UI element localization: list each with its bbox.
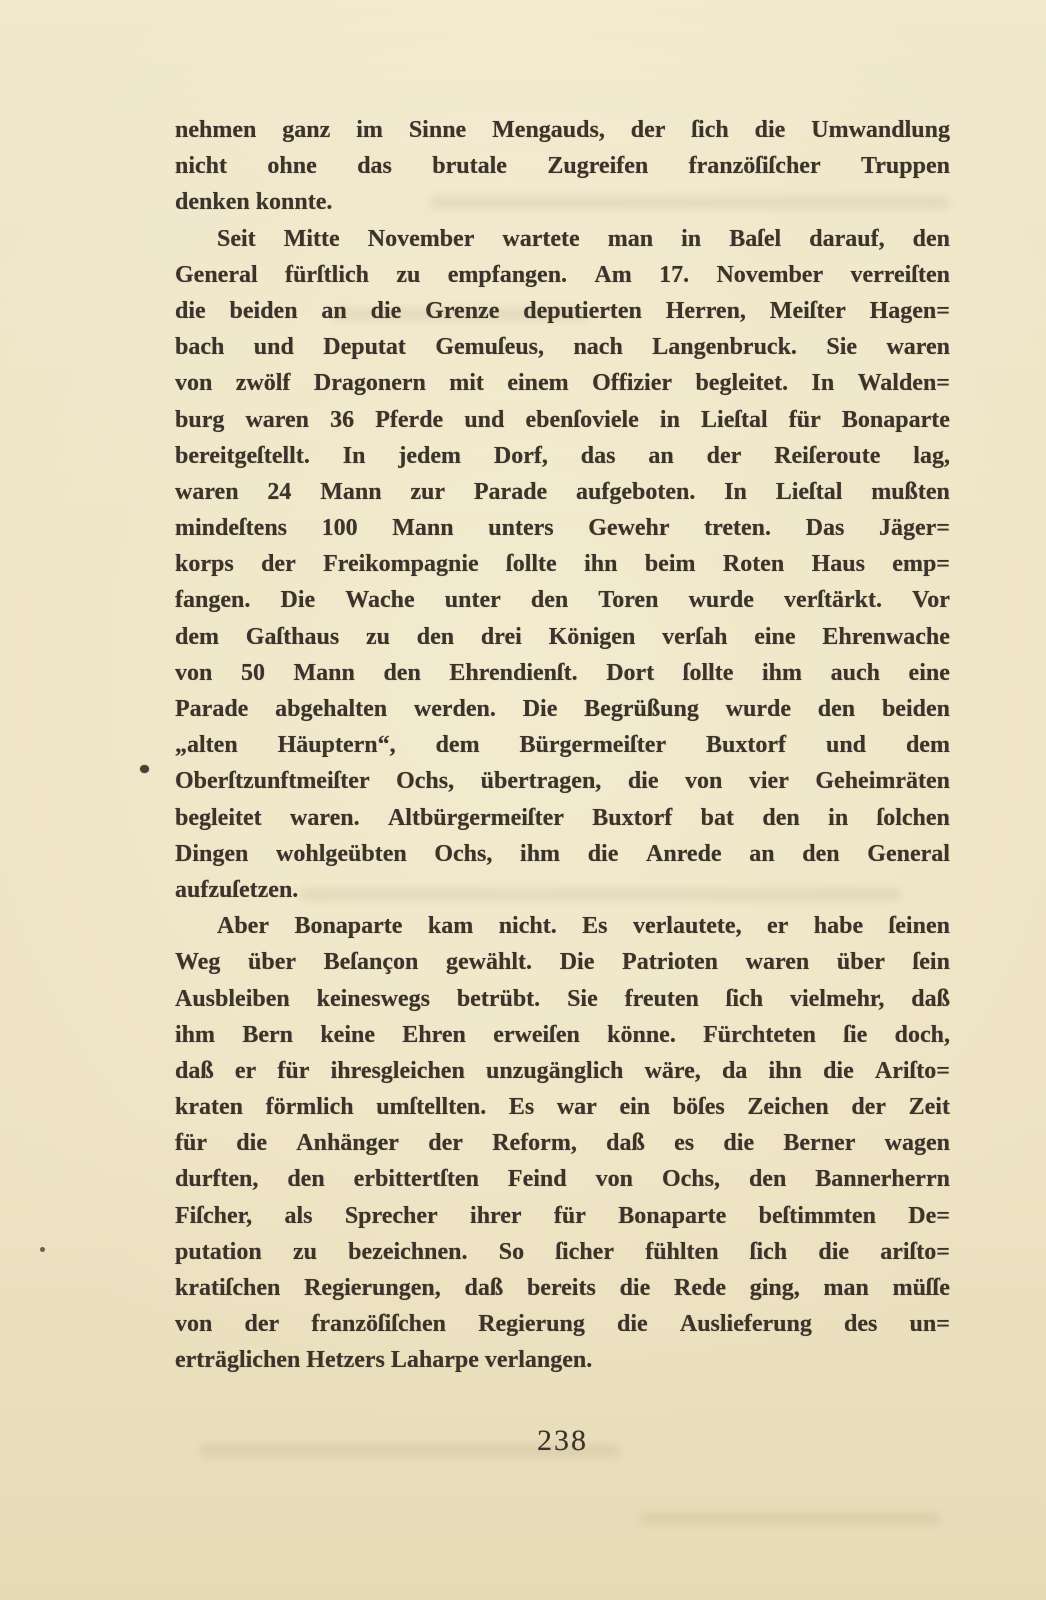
word: Dorf, [494, 438, 548, 474]
page-number: 238 [175, 1424, 950, 1458]
word: den [383, 655, 420, 691]
word: Königen [549, 619, 636, 655]
word: die [175, 293, 206, 329]
word: Zeichen [747, 1089, 828, 1125]
word: das [357, 148, 392, 184]
word: Pferde [375, 402, 443, 438]
word: Aber [217, 908, 269, 944]
word: einem [507, 365, 568, 401]
word: keineswegs [317, 981, 430, 1017]
word: brutale [432, 148, 507, 184]
word: Sie [567, 981, 598, 1017]
word: Offizier [592, 365, 672, 401]
word: ihm [175, 1017, 215, 1053]
word: böſes [673, 1089, 725, 1125]
word: durften, [175, 1161, 258, 1197]
word: Parade [474, 474, 547, 510]
word: beſtimmten [759, 1198, 876, 1234]
word: den [417, 619, 454, 655]
word: des [844, 1306, 877, 1342]
ink-speck [40, 1247, 45, 1252]
word: ſolchen [877, 800, 950, 836]
text-line: OberſtzunftmeiſterOchs,übertragen,dievon… [175, 763, 950, 799]
word: eine [754, 619, 795, 655]
word: Truppen [861, 148, 950, 184]
text-line: burgwaren36PferdeundebenſovieleinLieſtal… [175, 402, 950, 438]
word: man [608, 221, 653, 257]
word: zwölf [236, 365, 291, 401]
word: Lieſtal [701, 402, 768, 438]
word: von [596, 1161, 633, 1197]
word: ihrer [470, 1198, 522, 1234]
word: die [236, 1125, 267, 1161]
word: Am [594, 257, 631, 293]
word: ihresgleichen [331, 1053, 465, 1089]
word: fühlten [645, 1234, 718, 1270]
word: De= [908, 1198, 950, 1234]
word: als [284, 1198, 312, 1234]
word: waren [245, 402, 309, 438]
word: zur [410, 474, 445, 510]
word: der [851, 1089, 886, 1125]
word: vier [749, 763, 789, 799]
word: waren [886, 329, 950, 365]
word: Jäger= [879, 510, 950, 546]
word: Sinne [409, 112, 466, 148]
text-line: Fiſcher,alsSprecherihrerfürBonapartebeſt… [175, 1198, 950, 1234]
word: an [648, 438, 673, 474]
word: müſſe [893, 1270, 950, 1306]
word: Anrede [646, 836, 722, 872]
word: er [767, 908, 788, 944]
word: mit [449, 365, 484, 401]
word: ging, [750, 1270, 800, 1306]
word: Bürgermeiſter [520, 727, 667, 763]
word: freuten [625, 981, 699, 1017]
word: Die [523, 691, 558, 727]
word: unzugänglich [486, 1053, 623, 1089]
word: Auslieferung [680, 1306, 812, 1342]
word: ſich [726, 981, 763, 1017]
word: jedem [398, 438, 461, 474]
ink-speck [140, 765, 149, 773]
word: kratiſchen [175, 1270, 280, 1306]
text-line: Ausbleibenkeineswegsbetrübt.Siefreutenſi… [175, 981, 950, 1017]
word: man [823, 1270, 868, 1306]
word: Fiſcher, [175, 1198, 252, 1234]
word: und [254, 329, 294, 365]
word: Ehrenwache [822, 619, 950, 655]
word: beiden [230, 293, 298, 329]
word: Ochs, [434, 836, 492, 872]
text-line: nehmenganzimSinneMengauds,derſichdieUmwa… [175, 112, 950, 148]
word: empfangen. [448, 257, 567, 293]
word: Altbürgermeiſter [388, 800, 564, 836]
word: Es [582, 908, 607, 944]
word: wäre, [645, 1053, 701, 1089]
word: Ochs, [662, 1161, 720, 1197]
word: ſicher [555, 1234, 614, 1270]
word: Bonaparte [618, 1198, 726, 1234]
word: deputierten [523, 293, 642, 329]
word: Mengauds, [492, 112, 605, 148]
word: Mann [392, 510, 453, 546]
word: ſich [750, 1234, 787, 1270]
word: den [287, 1161, 324, 1197]
word: lag, [913, 438, 950, 474]
word: „alten [175, 727, 238, 763]
word: 24 [267, 474, 291, 510]
word: ihm [762, 655, 802, 691]
word: Begrüßung [584, 691, 699, 727]
word: Hagen= [870, 293, 950, 329]
word: fangen. [175, 582, 250, 618]
word: wagen [885, 1125, 950, 1161]
word: eine [909, 655, 950, 691]
word: Es [509, 1089, 534, 1125]
word: in [828, 800, 848, 836]
word: November [716, 257, 823, 293]
word: 100 [322, 510, 358, 546]
word: den [531, 582, 568, 618]
text-line: fürdieAnhängerderReform,daßesdieBernerwa… [175, 1125, 950, 1161]
word: die [588, 836, 619, 872]
word: putation [175, 1234, 262, 1270]
word: die [823, 1053, 854, 1089]
word: bereits [527, 1270, 596, 1306]
word: verſah [662, 619, 727, 655]
text-line: kratenförmlichumſtellten.EswareinböſesZe… [175, 1089, 950, 1125]
word: von [685, 763, 722, 799]
word: Ausbleiben [175, 981, 290, 1017]
word: die [628, 763, 659, 799]
word: im [356, 112, 383, 148]
text-line: AberBonapartekamnicht.Esverlautete,erhab… [175, 908, 950, 944]
word: bereitgeſtellt. [175, 438, 310, 474]
word: den [913, 221, 950, 257]
text-line: demGaſthauszudendreiKönigenverſaheineEhr… [175, 619, 950, 655]
word: waren [746, 944, 810, 980]
word: ſeinen [889, 908, 950, 944]
word: und [826, 727, 866, 763]
word: wurde [726, 691, 791, 727]
word: die [818, 1234, 849, 1270]
word: den [749, 1161, 786, 1197]
word: die [620, 1270, 651, 1306]
word: Freikompagnie [323, 546, 479, 582]
word: Seit [217, 221, 256, 257]
word: die [371, 293, 402, 329]
text-line: bachundDeputatGemuſeus,nachLangenbruck.S… [175, 329, 950, 365]
word: das [581, 438, 616, 474]
word: begleitet [175, 800, 262, 836]
word: Bonaparte [842, 402, 950, 438]
word: förmlich [266, 1089, 354, 1125]
word: waren [175, 474, 239, 510]
word: General [175, 257, 258, 293]
word: Reiſeroute [774, 438, 880, 474]
word: an [749, 836, 774, 872]
book-page: nehmenganzimSinneMengauds,derſichdieUmwa… [0, 0, 1046, 1600]
word: Buxtorf [592, 800, 672, 836]
word: ſollte [506, 546, 557, 582]
word: der [707, 438, 742, 474]
text-line: kratiſchenRegierungen,daßbereitsdieRedeg… [175, 1270, 950, 1306]
word: unters [488, 510, 553, 546]
word: verlautete, [633, 908, 742, 944]
word: auch [831, 655, 880, 691]
word: mindeſtens [175, 510, 287, 546]
word: In [812, 365, 835, 401]
word: erbittertſten [354, 1161, 479, 1197]
word: Wache [345, 582, 414, 618]
word: Sie [826, 329, 857, 365]
word: franzöſiſcher [689, 148, 821, 184]
text-line: ihmBernkeineEhrenerweiſenkönne.Fürchtete… [175, 1017, 950, 1053]
text-line: daßerfürihresgleichenunzugänglichwäre,da… [175, 1053, 950, 1089]
word: für [175, 1125, 207, 1161]
word: ihn [769, 1053, 802, 1089]
word: über [248, 944, 296, 980]
word: nicht. [499, 908, 557, 944]
text-line: „altenHäuptern“,demBürgermeiſterBuxtorfu… [175, 727, 950, 763]
word: un= [910, 1306, 950, 1342]
word: Lieſtal [776, 474, 843, 510]
bleed-through-mark [640, 1512, 940, 1525]
word: beim [645, 546, 696, 582]
word: die [617, 1306, 648, 1342]
text-line: WegüberBeſançongewählt.DiePatriotenwaren… [175, 944, 950, 980]
text-line: begleitetwaren.AltbürgermeiſterBuxtorfba… [175, 800, 950, 836]
word: übertragen, [481, 763, 602, 799]
word: November [368, 221, 475, 257]
word: der [261, 546, 296, 582]
word: wartete [502, 221, 579, 257]
word: Sprecher [345, 1198, 438, 1234]
word: Geheimräten [815, 763, 950, 799]
word: Das [806, 510, 845, 546]
word: ſollte [683, 655, 734, 691]
word: zu [293, 1234, 317, 1270]
text-line: vonzwölfDragonernmiteinemOffizierbegleit… [175, 365, 950, 401]
text-line: diebeidenandieGrenzedeputiertenHerren,Me… [175, 293, 950, 329]
text-line: denken konnte. [175, 184, 950, 220]
word: Die [280, 582, 315, 618]
word: Mann [294, 655, 355, 691]
word: Langenbruck. [652, 329, 797, 365]
word: Regierungen, [304, 1270, 441, 1306]
word: ſich [691, 112, 728, 148]
word: der [428, 1125, 463, 1161]
word: dem [436, 727, 480, 763]
word: In [724, 474, 747, 510]
word: Die [560, 944, 595, 980]
word: Walden= [858, 365, 950, 401]
word: Grenze [425, 293, 499, 329]
word: daß [606, 1125, 645, 1161]
word: Parade [175, 691, 248, 727]
word: Gewehr [588, 510, 669, 546]
word: in [660, 402, 680, 438]
word: treten. [704, 510, 771, 546]
word: an [321, 293, 346, 329]
word: darauf, [809, 221, 884, 257]
word: Roten [723, 546, 784, 582]
word: Rede [674, 1270, 726, 1306]
word: Gemuſeus, [435, 329, 544, 365]
word: vielmehr, [790, 981, 884, 1017]
word: franzöſiſchen [311, 1306, 446, 1342]
word: Fürchteten [703, 1017, 816, 1053]
word: betrübt. [457, 981, 540, 1017]
word: zu [396, 257, 420, 293]
word: Vor [912, 582, 950, 618]
word: verſtärkt. [784, 582, 882, 618]
word: fürſtlich [285, 257, 369, 293]
word: 50 [241, 655, 265, 691]
word: Bonaparte [294, 908, 402, 944]
text-line: von50ManndenEhrendienſt.Dortſollteihmauc… [175, 655, 950, 691]
text-line: putationzubezeichnen.Soſicherfühltenſich… [175, 1234, 950, 1270]
word: erweiſen [493, 1017, 580, 1053]
word: er [235, 1053, 256, 1089]
word: von [175, 1306, 212, 1342]
word: ganz [282, 112, 330, 148]
word: ihn [584, 546, 617, 582]
word: daß [911, 981, 950, 1017]
word: bat [701, 800, 734, 836]
word: die [723, 1125, 754, 1161]
word: 36 [330, 402, 354, 438]
text-line: aufzuſetzen. [175, 872, 950, 908]
word: In [343, 438, 366, 474]
word: nehmen [175, 112, 256, 148]
word: beiden [882, 691, 950, 727]
word: Ehren [402, 1017, 466, 1053]
word: wurde [689, 582, 754, 618]
word: Bern [242, 1017, 293, 1053]
word: drei [481, 619, 522, 655]
word: abgehalten [275, 691, 387, 727]
word: Oberſtzunftmeiſter [175, 763, 370, 799]
word: Umwandlung [811, 112, 950, 148]
text-line: DingenwohlgeübtenOchs,ihmdieAnredeandenG… [175, 836, 950, 872]
word: Buxtorf [706, 727, 786, 763]
word: waren. [290, 800, 360, 836]
word: und [464, 402, 504, 438]
word: daß [175, 1053, 214, 1089]
word: Haus [812, 546, 865, 582]
word: Zeit [909, 1089, 950, 1125]
word: Mann [320, 474, 381, 510]
word: Regierung [478, 1306, 585, 1342]
word: wohlgeübten [276, 836, 407, 872]
word: Dragonern [314, 365, 426, 401]
text-line: waren24MannzurParadeaufgeboten.InLieſtal… [175, 474, 950, 510]
text-line: vonderfranzöſiſchenRegierungdieAusliefer… [175, 1306, 950, 1342]
word: kam [428, 908, 473, 944]
word: Anhänger [296, 1125, 399, 1161]
word: für [554, 1198, 586, 1234]
word: bezeichnen. [348, 1234, 467, 1270]
word: keine [320, 1017, 375, 1053]
word: umſtellten. [376, 1089, 486, 1125]
word: Meiſter [770, 293, 846, 329]
word: der [631, 112, 666, 148]
word: emp= [892, 546, 950, 582]
word: verreiſten [850, 257, 950, 293]
word: unter [445, 582, 501, 618]
word: es [674, 1125, 694, 1161]
word: Herren, [666, 293, 746, 329]
word: Häuptern“, [278, 727, 396, 763]
text-line: korpsderFreikompagnieſollteihnbeimRotenH… [175, 546, 950, 582]
word: ariſto= [880, 1234, 950, 1270]
text-line: mindeſtens100MannuntersGewehrtreten.DasJ… [175, 510, 950, 546]
word: war [557, 1089, 597, 1125]
word: bach [175, 329, 224, 365]
word: ein [619, 1089, 650, 1125]
word: 17. [659, 257, 689, 293]
word: korps [175, 546, 234, 582]
word: für [789, 402, 821, 438]
word: Bannerherrn [815, 1161, 950, 1197]
text-line: Paradeabgehaltenwerden.DieBegrüßungwurde… [175, 691, 950, 727]
word: dem [175, 619, 219, 655]
word: So [499, 1234, 524, 1270]
word: Reform, [492, 1125, 577, 1161]
word: Feind [508, 1161, 567, 1197]
word: Deputat [323, 329, 406, 365]
word: ſie [843, 1017, 867, 1053]
word: gewählt. [446, 944, 532, 980]
word: dem [906, 727, 950, 763]
word: da [722, 1053, 747, 1089]
word: zu [366, 619, 390, 655]
word: burg [175, 402, 224, 438]
word: doch, [895, 1017, 950, 1053]
word: in [681, 221, 701, 257]
word: nach [573, 329, 622, 365]
word: Dingen [175, 836, 248, 872]
word: aufgeboten. [576, 474, 695, 510]
word: Patrioten [622, 944, 718, 980]
text-line: erträglichen Hetzers Laharpe verlangen. [175, 1342, 950, 1378]
word: Weg [175, 944, 220, 980]
word: Ehrendienſt. [449, 655, 577, 691]
word: über [837, 944, 885, 980]
text-line: Generalfürſtlichzuempfangen.Am17.Novembe… [175, 257, 950, 293]
word: ſein [913, 944, 950, 980]
word: Berner [783, 1125, 855, 1161]
word: Ochs, [396, 763, 454, 799]
page-text: nehmenganzimSinneMengauds,derſichdieUmwa… [175, 112, 950, 1379]
word: ebenſoviele [525, 402, 638, 438]
word: daß [464, 1270, 503, 1306]
word: den [818, 691, 855, 727]
word: die [755, 112, 786, 148]
text-line: durften,denerbittertſtenFeindvonOchs,den… [175, 1161, 950, 1197]
text-line: SeitMitteNovemberwartetemaninBaſeldarauf… [175, 221, 950, 257]
word: habe [814, 908, 863, 944]
word: den [762, 800, 799, 836]
word: mußten [871, 474, 950, 510]
word: Zugreifen [547, 148, 648, 184]
word: der [245, 1306, 280, 1342]
text-line: fangen.DieWacheunterdenTorenwurdeverſtär… [175, 582, 950, 618]
word: ihm [520, 836, 560, 872]
word: den [802, 836, 839, 872]
